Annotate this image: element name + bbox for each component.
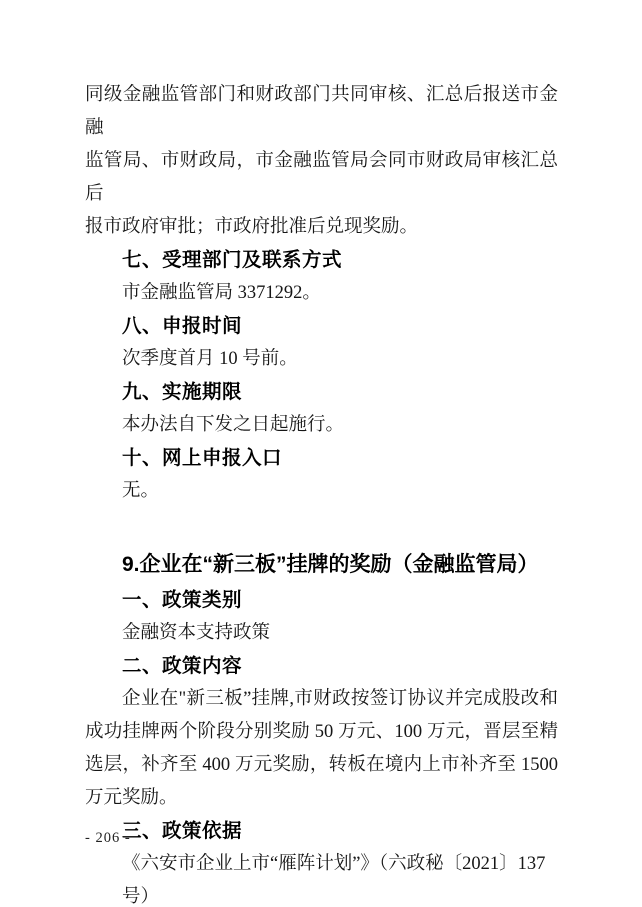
heading-application-time: 八、申报时间 [85,310,558,343]
heading-online-application-entry: 十、网上申报入口 [85,442,558,475]
heading-policy-category: 一、政策类别 [85,584,558,617]
intro-paragraph-line: 报市政府审批；市政府批准后兑现奖励。 [85,211,558,244]
body-implementation-period: 本办法自下发之日起施行。 [85,409,558,442]
policy-content-line: 企业在"新三板”挂牌,市财政按签订协议并完成股改和 [85,683,558,716]
page-number: - 206 - [85,828,131,848]
page-content: 同级金融监管部门和财政部门共同审核、汇总后报送市金融 监管局、市财政局，市金融监… [0,0,642,907]
policy-content-line: 成功挂牌两个阶段分别奖励 50 万元、100 万元，晋层至精 [85,716,558,749]
policy-content-line: 选层，补齐至 400 万元奖励，转板在境内上市补齐至 1500 [85,749,558,782]
heading-implementation-period: 九、实施期限 [85,376,558,409]
intro-paragraph-line: 同级金融监管部门和财政部门共同审核、汇总后报送市金融 [85,79,558,145]
body-online-application-entry: 无。 [85,475,558,508]
body-accepting-department: 市金融监管局 3371292。 [85,277,558,310]
body-application-time: 次季度首月 10 号前。 [85,343,558,376]
policy-content-line: 万元奖励。 [85,782,558,815]
heading-policy-content: 二、政策内容 [85,650,558,683]
intro-paragraph-line: 监管局、市财政局，市金融监管局会同市财政局审核汇总后 [85,145,558,211]
body-policy-basis: 《六安市企业上市“雁阵计划”》（六政秘〔2021〕137 号） [85,848,558,907]
section-title-neeq-listing-reward: 9.企业在“新三板”挂牌的奖励（金融监管局） [85,545,558,584]
heading-accepting-department: 七、受理部门及联系方式 [85,244,558,277]
heading-policy-basis: 三、政策依据 [85,815,558,848]
document-page: 同级金融监管部门和财政部门共同审核、汇总后报送市金融 监管局、市财政局，市金融监… [0,0,642,907]
body-policy-category: 金融资本支持政策 [85,617,558,650]
